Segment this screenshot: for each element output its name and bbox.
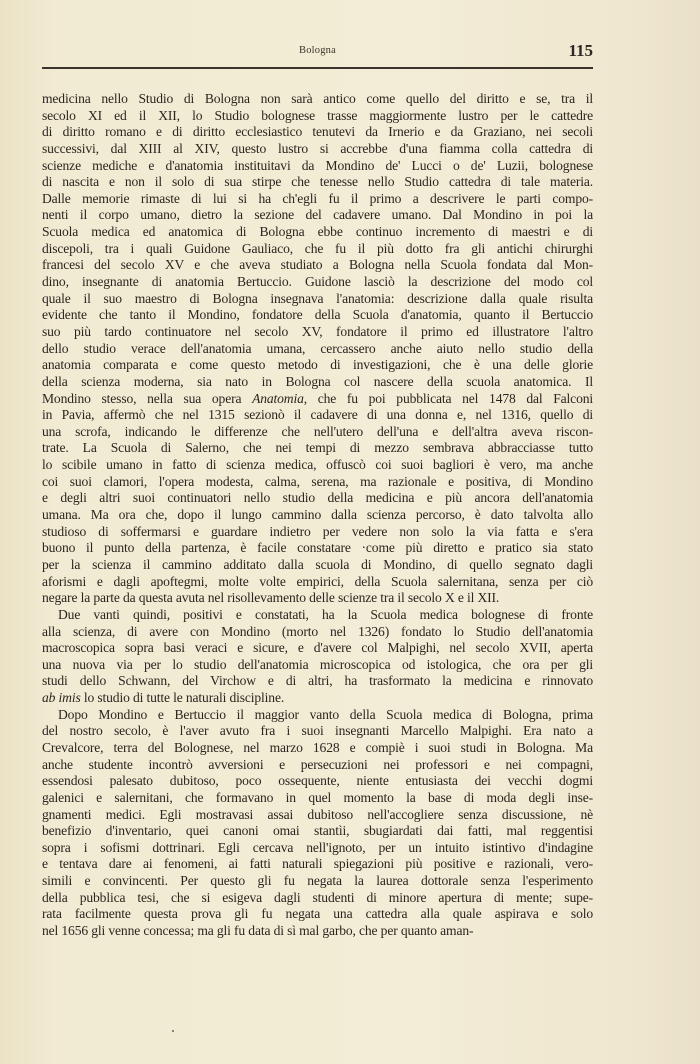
paragraph: medicina nello Studio di Bologna non sar… xyxy=(42,91,593,607)
text-line: Due vanti quindi, positivi e constatati,… xyxy=(42,607,593,624)
text-line: suo più tardo continuatore nel secolo XV… xyxy=(42,324,593,341)
running-title: Bologna xyxy=(42,45,593,56)
italic-term: Anatomia xyxy=(252,391,304,406)
text-line: nel 1656 gli venne concessa; ma gli fu d… xyxy=(42,923,593,940)
text-line: una scrofa, indicando le differenze che … xyxy=(42,424,593,441)
running-head: Bologna 115 xyxy=(42,42,593,62)
text-line: in Pavia, affermò che nel 1315 sezionò i… xyxy=(42,407,593,424)
text-line: galenici e salernitani, che formavano in… xyxy=(42,790,593,807)
text-line: di nascita e non il solo di sua stirpe c… xyxy=(42,174,593,191)
text-line: buono il punto della partenza, è facile … xyxy=(42,540,593,557)
text-line: benefizio d'inventario, quei canoni omai… xyxy=(42,823,593,840)
text-line: medicina nello Studio di Bologna non sar… xyxy=(42,91,593,108)
header-rule xyxy=(42,67,593,69)
text-line: e tentava dare ai fenomeni, ai fatti nat… xyxy=(42,856,593,873)
text-line: coi suoi clamori, l'opera modesta, calma… xyxy=(42,474,593,491)
text-line: negare la parte da questa avuta nel riso… xyxy=(42,590,593,607)
text-line: una nuova via per lo studio dell'anatomi… xyxy=(42,657,593,674)
text-line: sopra i sofismi dottrinari. Egli cercava… xyxy=(42,840,593,857)
text-line: Dalle memorie rimaste di lui si ha ch'eg… xyxy=(42,191,593,208)
italic-term: ab imis xyxy=(42,690,81,705)
text-line: studioso di soffermarsi e guardare indie… xyxy=(42,524,593,541)
text-line: aforismi e dagli apoftegmi, molte volte … xyxy=(42,574,593,591)
text-line: della pubblica tesi, che si esigeva dagl… xyxy=(42,890,593,907)
text-line: Mondino stesso, nella sua opera Anatomia… xyxy=(42,391,593,408)
text-line: rata facilmente questa prova gli fu nega… xyxy=(42,906,593,923)
text-line: secolo XI ed il XII, lo Studio bolognese… xyxy=(42,108,593,125)
text-line: trate. La Scuola di Salerno, che nei tem… xyxy=(42,440,593,457)
text-line: dino, insegnante di anatomia Bertuccio. … xyxy=(42,274,593,291)
text-line: quale il suo maestro di Bologna insegnav… xyxy=(42,291,593,308)
text-line: dello studio verace dell'anatomia umana,… xyxy=(42,341,593,358)
text-line: di diritto romano e di diritto ecclesias… xyxy=(42,124,593,141)
text-line: Scuola medica ed anatomica di Bologna eb… xyxy=(42,224,593,241)
text-line: discepoli, tra i quali Guidone Gauliaco,… xyxy=(42,241,593,258)
text-line: successivi, dal XIII al XIV, questo lust… xyxy=(42,141,593,158)
text-line: lo scibile umano in fatto di scienza med… xyxy=(42,457,593,474)
paragraph: Due vanti quindi, positivi e constatati,… xyxy=(42,607,593,707)
text-line: simili e convincenti. Per questo gli fu … xyxy=(42,873,593,890)
text-line: macroscopica sopra basi veraci e sicure,… xyxy=(42,640,593,657)
paper-speck xyxy=(172,1030,174,1032)
text-line: francesi del secolo XV e che aveva studi… xyxy=(42,257,593,274)
text-line: anche studente incontrò avversioni e per… xyxy=(42,757,593,774)
text-line: evidente che tanto il Mondino, fondatore… xyxy=(42,307,593,324)
text-line: anatomia comparata e come questo metodo … xyxy=(42,357,593,374)
text-line: Crevalcore, terra del Bolognese, nel mar… xyxy=(42,740,593,757)
text-line: del nostro secolo, è l'aver avuto fra i … xyxy=(42,723,593,740)
text-line: essendosi palesato dubitoso, poco ossequ… xyxy=(42,773,593,790)
body-text: medicina nello Studio di Bologna non sar… xyxy=(42,91,593,940)
text-line: umana. Ma ora che, dopo il lungo cammino… xyxy=(42,507,593,524)
text-line: Dopo Mondino e Bertuccio il maggior vant… xyxy=(42,707,593,724)
text-line: nenti il corpo umano, dietro la sezione … xyxy=(42,207,593,224)
text-line: ab imis lo studio di tutte le naturali d… xyxy=(42,690,593,707)
text-line: gnamenti medici. Egli mostravasi assai d… xyxy=(42,807,593,824)
text-line: della scienza moderna, sia nato in Bolog… xyxy=(42,374,593,391)
text-line: alla scienza, di avere con Mondino (mort… xyxy=(42,624,593,641)
page-number: 115 xyxy=(568,41,593,61)
text-line: per la scienza il cammino additato dalla… xyxy=(42,557,593,574)
paragraph: Dopo Mondino e Bertuccio il maggior vant… xyxy=(42,707,593,940)
text-line: scienze mediche e d'anatomia instituitav… xyxy=(42,158,593,175)
text-line: studi dello Schwann, del Virchow e di al… xyxy=(42,673,593,690)
text-line: e degli altri suoi continuatori nello st… xyxy=(42,490,593,507)
